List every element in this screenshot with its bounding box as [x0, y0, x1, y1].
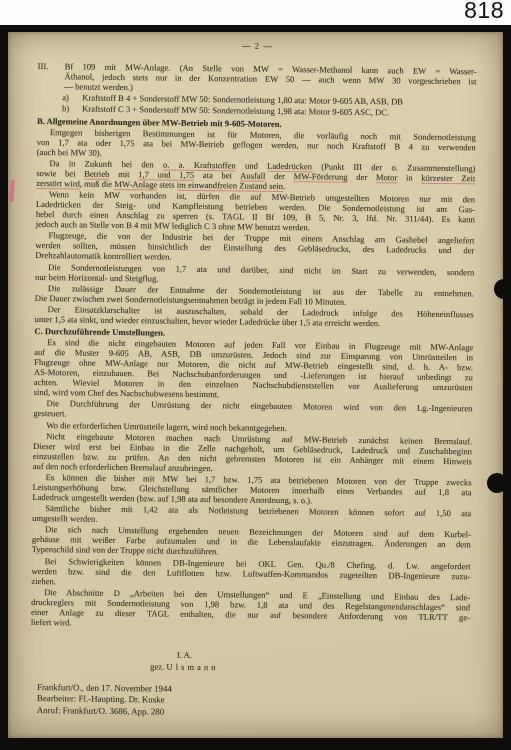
item-label: b) [62, 104, 69, 114]
punch-hole-top [494, 279, 511, 299]
document-page: — 2 — Bf 109 mit MW-Anlage. (An Stelle v… [8, 32, 503, 738]
document-paragraph: Es können die bisher mit MW bei 1,7 bzw.… [32, 472, 471, 507]
document-body: Bf 109 mit MW-Anlage. (An Stelle von MW … [31, 61, 477, 632]
document-paragraph: Der Einsatzklarschalter ist auszuschalte… [35, 304, 474, 329]
red-underlined-text: zerstört wird [36, 178, 80, 190]
document-list-item: Bf 109 mit MW-Anlage. (An Stelle von MW … [37, 61, 476, 96]
page-number: — 2 — [38, 38, 477, 53]
text-segment: der [348, 172, 376, 182]
text-segment: , muß die [80, 178, 114, 188]
scan-viewport: 818 — 2 — Bf 109 mit MW-Anlage. (An Stel… [0, 0, 511, 750]
document-paragraph: Flugzeuge, die von der Industrie bei der… [35, 230, 474, 265]
document-paragraph: Bei Schwierigkeiten können DB-Ingenieure… [31, 556, 470, 591]
document-content: — 2 — Bf 109 mit MW-Anlage. (An Stelle v… [30, 38, 477, 722]
signature-name-line: gez. Ulsmann [109, 660, 259, 674]
red-underlined-text: Motor [376, 172, 398, 183]
text-segment: der [265, 171, 293, 181]
text-segment: sowie bei [36, 168, 84, 179]
archive-page-number: 818 [464, 0, 504, 24]
red-underlined-text: MW-Förderung [294, 171, 348, 183]
document-paragraph: Nicht eingebaute Motoren machen nach Umr… [33, 431, 472, 476]
document-paragraph: Die Abschnitte D „Arbeiten bei den Umste… [31, 587, 470, 632]
signature-name: Ulsmann [166, 661, 218, 672]
scanner-background: — 2 — Bf 109 mit MW-Anlage. (An Stelle v… [0, 25, 511, 750]
document-footer: Frankfurt/O., den 17. November 1944 Bear… [37, 682, 469, 722]
signature-gez: gez. [150, 661, 164, 671]
document-paragraph: Da in Zukunft bei den o. a. Kraftstoffen… [36, 158, 475, 193]
document-paragraph: Entgegen bisherigen Bestimmungen ist für… [37, 127, 476, 162]
red-underlined-text: MW-Anlage [114, 179, 157, 191]
signature-block: I. A. gez. Ulsmann [109, 648, 259, 674]
punch-hole-bottom [487, 473, 507, 493]
document-paragraph: Die sich nach Umstellung ergebenden neue… [32, 524, 471, 559]
text-segment: und [236, 160, 268, 170]
text-segment: . [283, 181, 285, 191]
text-segment: ata bei [194, 170, 240, 181]
text-segment: stets [157, 179, 177, 189]
item-label: III. [38, 61, 49, 71]
text-segment: in [397, 172, 421, 182]
red-margin-mark [9, 180, 15, 202]
item-label: a) [62, 92, 69, 102]
scan-top-strip: 818 [0, 0, 511, 25]
document-paragraph: Es sind die nicht eingebauten Motoren au… [34, 337, 474, 402]
red-underlined-text: kürzester Zeit [421, 173, 475, 185]
text-segment: mit [109, 169, 138, 179]
document-paragraph: Wenn kein MW vorhanden ist, dürfen die a… [36, 189, 475, 234]
